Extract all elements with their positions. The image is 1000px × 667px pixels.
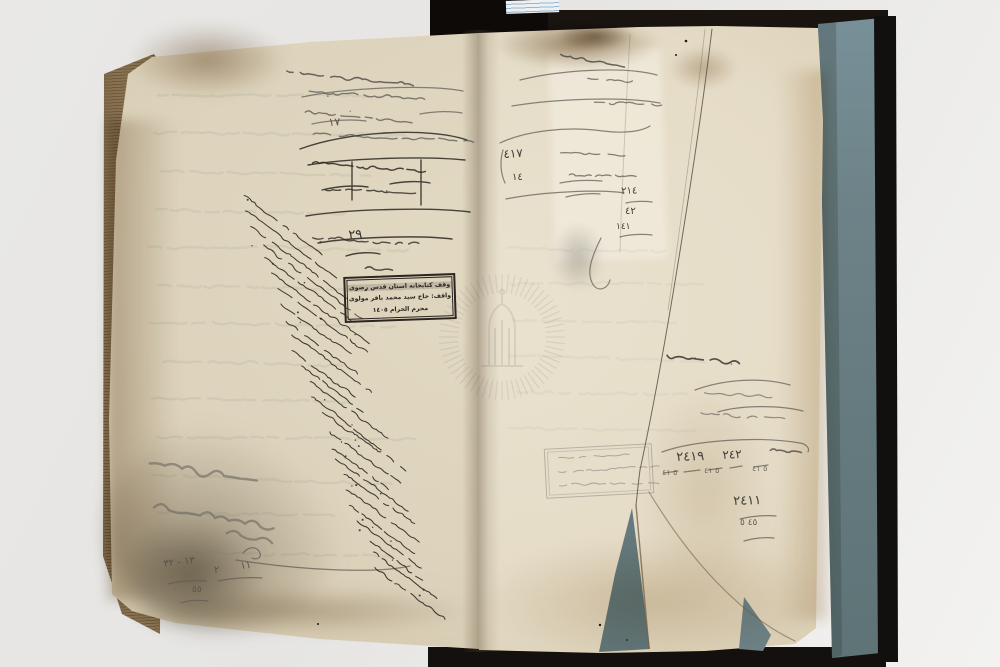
right-number-2419: ٢٤١٩ bbox=[676, 449, 704, 465]
right-number-214: ٢١٤ bbox=[621, 185, 637, 197]
right-subnumber-41a: ٥ ٤١ bbox=[662, 468, 677, 477]
left-number-11: ١١ bbox=[240, 560, 252, 572]
library-watermark-emblem bbox=[437, 272, 567, 402]
left-number-2: ٢ bbox=[214, 565, 219, 576]
right-number-2411: ٢٤١١ bbox=[733, 493, 761, 509]
left-number-55: ٥٥ bbox=[192, 585, 202, 595]
right-number-14: ١٤ bbox=[512, 172, 523, 183]
faint-stamp-border bbox=[547, 446, 651, 495]
right-number-417: ٤١٧ bbox=[503, 146, 523, 161]
left-number-17: ١٧ bbox=[328, 115, 341, 129]
right-subnumber-41c: ٥ ٤١ bbox=[752, 464, 767, 473]
right-number-45: ٤٥ ٥ bbox=[740, 518, 757, 528]
right-number-242: ٢٤٢ bbox=[722, 447, 742, 462]
manuscript-photo: وقف كتابخانه آستان قدس رضوى واقف: حاج سي… bbox=[0, 0, 1000, 667]
right-number-42: ٤٢ bbox=[625, 206, 636, 217]
right-subnumber-41b: ٥ ٤١ bbox=[704, 466, 719, 475]
left-number-29: ٢٩ bbox=[348, 227, 363, 243]
faint-stamp-offset bbox=[544, 443, 654, 499]
right-number-141: ١٤١ bbox=[616, 222, 631, 232]
